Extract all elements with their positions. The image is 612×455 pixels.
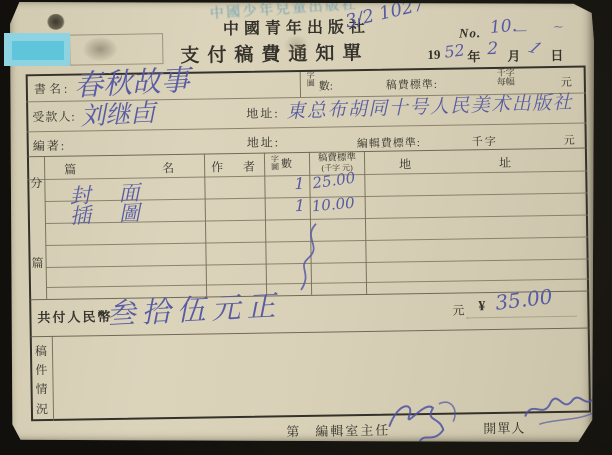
form-title: 支付稿費通知單 xyxy=(180,38,369,68)
form-content: 中國少年兒童出版社 中國青年出版社 支付稿費通知單 3/2 1027 No. 1… xyxy=(7,0,598,447)
date-month-handwritten: 2 xyxy=(487,39,498,59)
payee-handwritten: 刘继卣 xyxy=(79,93,156,133)
date-year-label: 年 xyxy=(467,46,480,65)
date-day-handwritten: 1 xyxy=(524,38,546,57)
col-author-header-char2: 者 xyxy=(243,158,255,175)
total-yuan-label: 元 xyxy=(452,301,464,318)
col-address-header-char2: 址 xyxy=(499,154,511,171)
address-label: 地址: xyxy=(246,104,280,122)
currency-symbol: ¥ xyxy=(478,299,485,315)
status-label-char1: 稿 xyxy=(35,342,47,361)
paper-sheet: 中國少年兒童出版社 中國青年出版社 支付稿費通知單 3/2 1027 No. 1… xyxy=(10,2,594,442)
book-title-label: 書名: xyxy=(34,80,71,98)
col-count-header-char2: 圖 xyxy=(271,164,279,173)
paper-hole-stain xyxy=(47,14,65,30)
date-month-label: 月 xyxy=(507,46,520,65)
col-author-header-char1: 作 xyxy=(211,158,223,175)
address2-label: 地址: xyxy=(247,133,281,151)
no-tail-mark: ~ xyxy=(553,20,564,35)
status-label-char3: 情 xyxy=(35,380,47,399)
total-label: 共付人民幣 xyxy=(37,306,112,326)
date-year-handwritten: 52 xyxy=(443,40,465,61)
rate-label: 稿費標準: xyxy=(386,76,438,93)
edit-fee-rate-unit: 千字 xyxy=(472,133,498,149)
signature-editor-chief xyxy=(381,391,486,445)
status-label-char4: 況 xyxy=(36,400,48,419)
handwritten-tally-squiggle xyxy=(292,220,327,295)
footer-di-label: 第 xyxy=(286,421,299,440)
signature-issuer xyxy=(519,387,610,436)
no-dash-handwritten: — xyxy=(513,22,527,38)
editor-label: 編著: xyxy=(33,137,67,155)
redaction-box-inner xyxy=(12,41,64,60)
col-address-header-char1: 地 xyxy=(399,155,411,172)
table-side-label-pian: 篇 xyxy=(31,254,43,271)
col-piece-header-char1: 篇 xyxy=(64,161,76,178)
table-row-rate: 10.00 xyxy=(311,194,355,216)
scanned-document: 中國少年兒童出版社 中國青年出版社 支付稿費通知單 3/2 1027 No. 1… xyxy=(0,0,612,455)
count-label: 數: xyxy=(319,77,333,93)
status-label-char2: 件 xyxy=(35,361,47,380)
editor-chief-label: 編輯室主任 xyxy=(315,420,390,440)
payee-label: 受款人: xyxy=(32,108,76,126)
row3-yuan-label: 元 xyxy=(564,132,575,148)
col-count-header-label: 數 xyxy=(281,156,292,172)
no-label: No. xyxy=(459,25,481,41)
col-piece-header-char2: 名 xyxy=(162,159,174,176)
table-row-count: 1 xyxy=(295,196,305,215)
edit-fee-rate-label: 編輯費標準: xyxy=(357,134,421,151)
table-row-piece: 插圖 xyxy=(69,195,168,230)
table-side-label-fen: 分 xyxy=(30,174,42,191)
table-row-count: 1 xyxy=(294,174,304,193)
date-century: 19 xyxy=(427,47,440,63)
rate-unit-per-piece: 每幅 xyxy=(497,78,515,88)
date-day-label: 日 xyxy=(550,45,563,64)
count-label-char2: 圖 xyxy=(307,80,315,89)
